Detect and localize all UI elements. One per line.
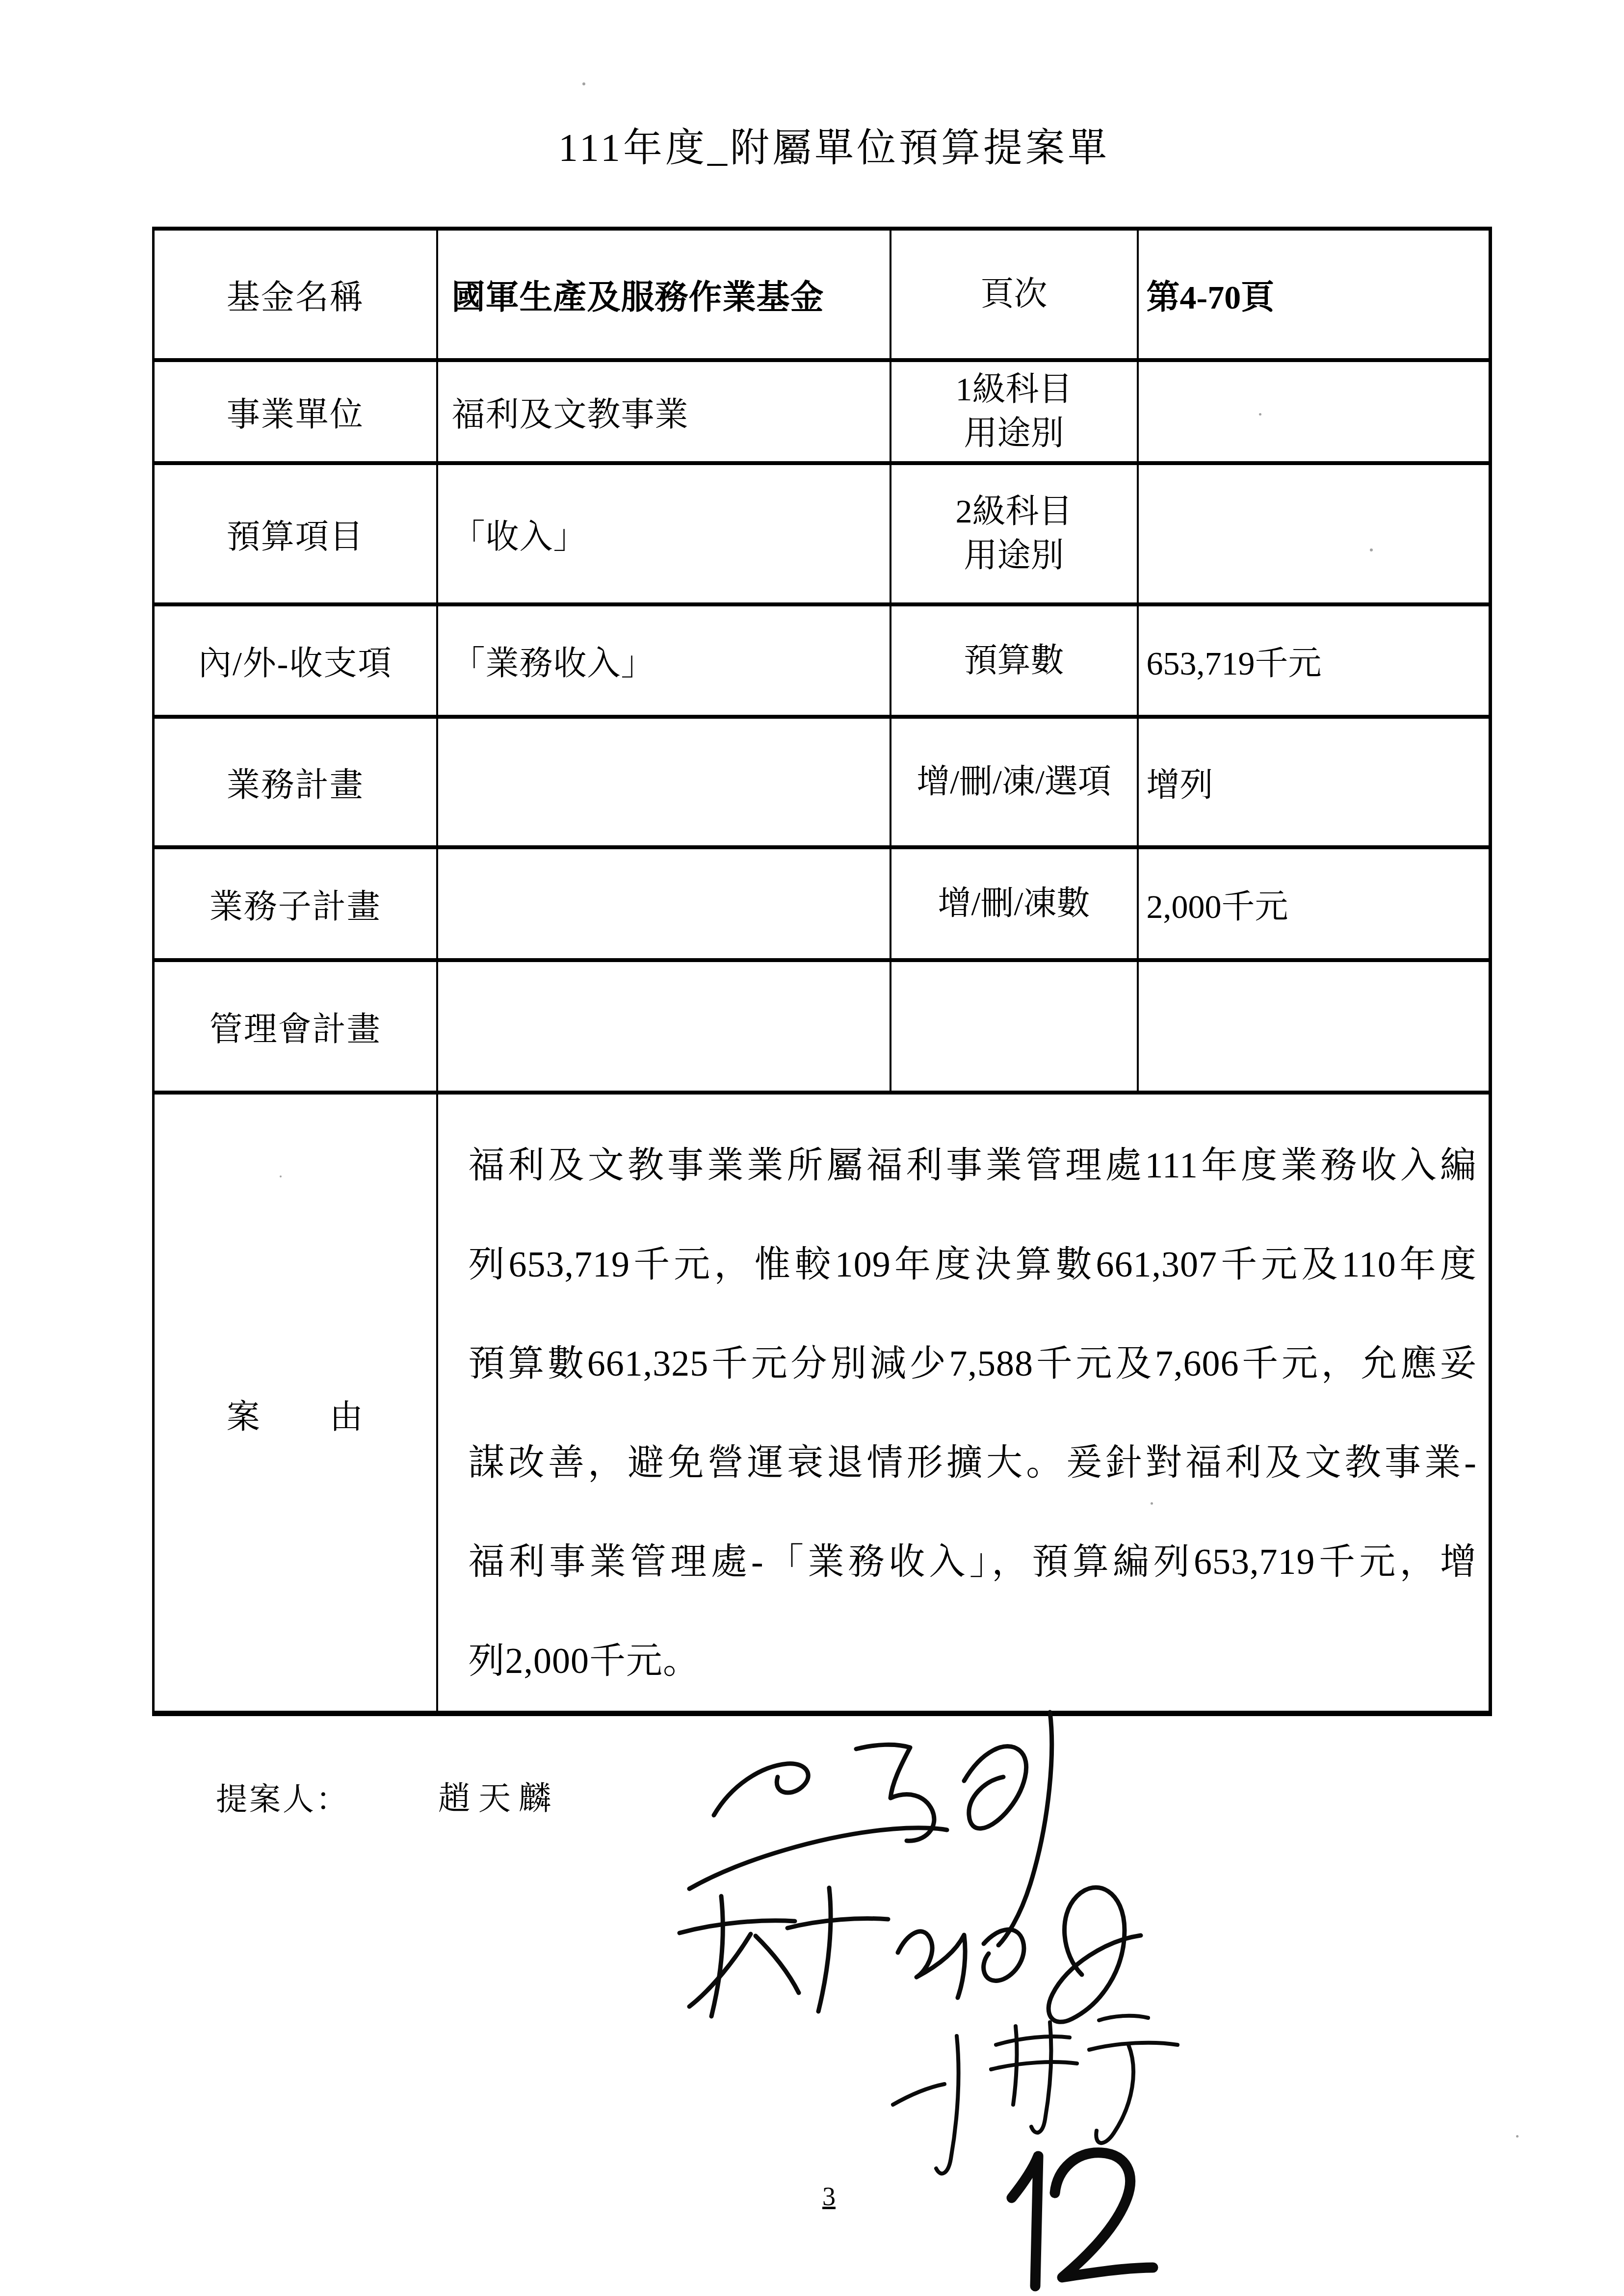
table-row-case-description: 案 由 福利及文教事業業所屬福利事業管理處111年度業務收入編 列653,719… [154,1093,1491,1714]
case-line: 福利事業管理處-「業務收入」，預算編列653,719千元，增 [469,1513,1477,1612]
business-unit-label: 事業單位 [154,360,437,463]
management-plan-label2 [891,960,1138,1093]
table-row-fund-name: 基金名稱 國軍生產及服務作業基金 頁次 第4-70頁 [154,229,1491,360]
business-subplan-value [437,847,891,960]
proposer-name: 趙天麟 [438,1772,559,1819]
business-plan-label: 業務計畫 [154,717,437,847]
handwritten-number-12 [1012,2153,1153,2286]
proposer-label: 提案人： [216,1774,349,1819]
budget-item-value: 「收入」 [437,463,891,604]
signature-2 [680,1887,1141,2022]
management-plan-label: 管理會計畫 [154,960,437,1093]
scan-speck [1370,548,1373,551]
handwritten-signatures [662,1693,1212,2296]
case-line: 福利及文教事業業所屬福利事業管理處111年度業務收入編 [469,1116,1477,1215]
in-out-item-value: 「業務收入」 [437,604,891,717]
in-out-item-label: 內/外-收支項 [154,604,437,717]
business-plan-value [437,717,891,847]
case-line: 列653,719千元，惟較109年度決算數661,307千元及110年度 [469,1215,1477,1314]
level1-subject-value [1138,360,1491,463]
budget-proposal-table: 基金名稱 國軍生產及服務作業基金 頁次 第4-70頁 事業單位 福利及文教事業 … [152,227,1492,1716]
table-row-business-unit: 事業單位 福利及文教事業 1級科目 用途別 [154,360,1491,463]
business-unit-value: 福利及文教事業 [437,360,891,463]
case-line: 預算數661,325千元分別減少7,588千元及7,606千元，允應妥 [469,1314,1477,1413]
scan-speck [1259,413,1261,416]
scan-speck [1151,1502,1153,1505]
add-delete-freeze-amount-label: 增/刪/凍數 [891,847,1138,960]
page-number: 3 [822,2181,836,2212]
business-subplan-label: 業務子計畫 [154,847,437,960]
table-row-business-plan: 業務計畫 增/刪/凍/選項 增列 [154,717,1491,847]
table-row-budget-item: 預算項目 「收入」 2級科目 用途別 [154,463,1491,604]
case-line: 謀改善，避免營運衰退情形擴大。爰針對福利及文教事業- [469,1413,1477,1513]
page-index-value: 第4-70頁 [1138,229,1491,360]
level2-subject-label: 2級科目 用途別 [891,463,1138,604]
case-description-label: 案 由 [154,1093,437,1714]
add-delete-freeze-option-label: 增/刪/凍/選項 [891,717,1138,847]
add-delete-freeze-amount-value: 2,000千元 [1138,847,1491,960]
signature-1 [689,1712,1052,1945]
page-title: 111年度_附屬單位預算提案單 [22,116,1624,172]
level1-subject-label: 1級科目 用途別 [891,360,1138,463]
management-plan-value [437,960,891,1093]
budget-amount-label: 預算數 [891,604,1138,717]
scan-speck [280,1175,282,1177]
table-row-in-out-item: 內/外-收支項 「業務收入」 預算數 653,719千元 [154,604,1491,717]
scan-speck [1516,2135,1519,2138]
page-index-label: 頁次 [891,229,1138,360]
case-description-body: 福利及文教事業業所屬福利事業管理處111年度業務收入編 列653,719千元，惟… [437,1093,1491,1714]
budget-amount-value: 653,719千元 [1138,604,1491,717]
table-row-business-subplan: 業務子計畫 增/刪/凍數 2,000千元 [154,847,1491,960]
fund-name-value: 國軍生產及服務作業基金 [437,229,891,360]
scan-speck [582,82,585,85]
add-delete-freeze-option-value: 增列 [1138,717,1491,847]
level2-subject-value [1138,463,1491,604]
signature-3 [893,2016,1178,2174]
fund-name-label: 基金名稱 [154,229,437,360]
budget-item-label: 預算項目 [154,463,437,604]
management-plan-value2 [1138,960,1491,1093]
table-row-management-plan: 管理會計畫 [154,960,1491,1093]
scanned-document-page: 111年度_附屬單位預算提案單 基金名稱 國軍生產及服務作業基金 頁次 第4-7… [0,0,1624,2296]
